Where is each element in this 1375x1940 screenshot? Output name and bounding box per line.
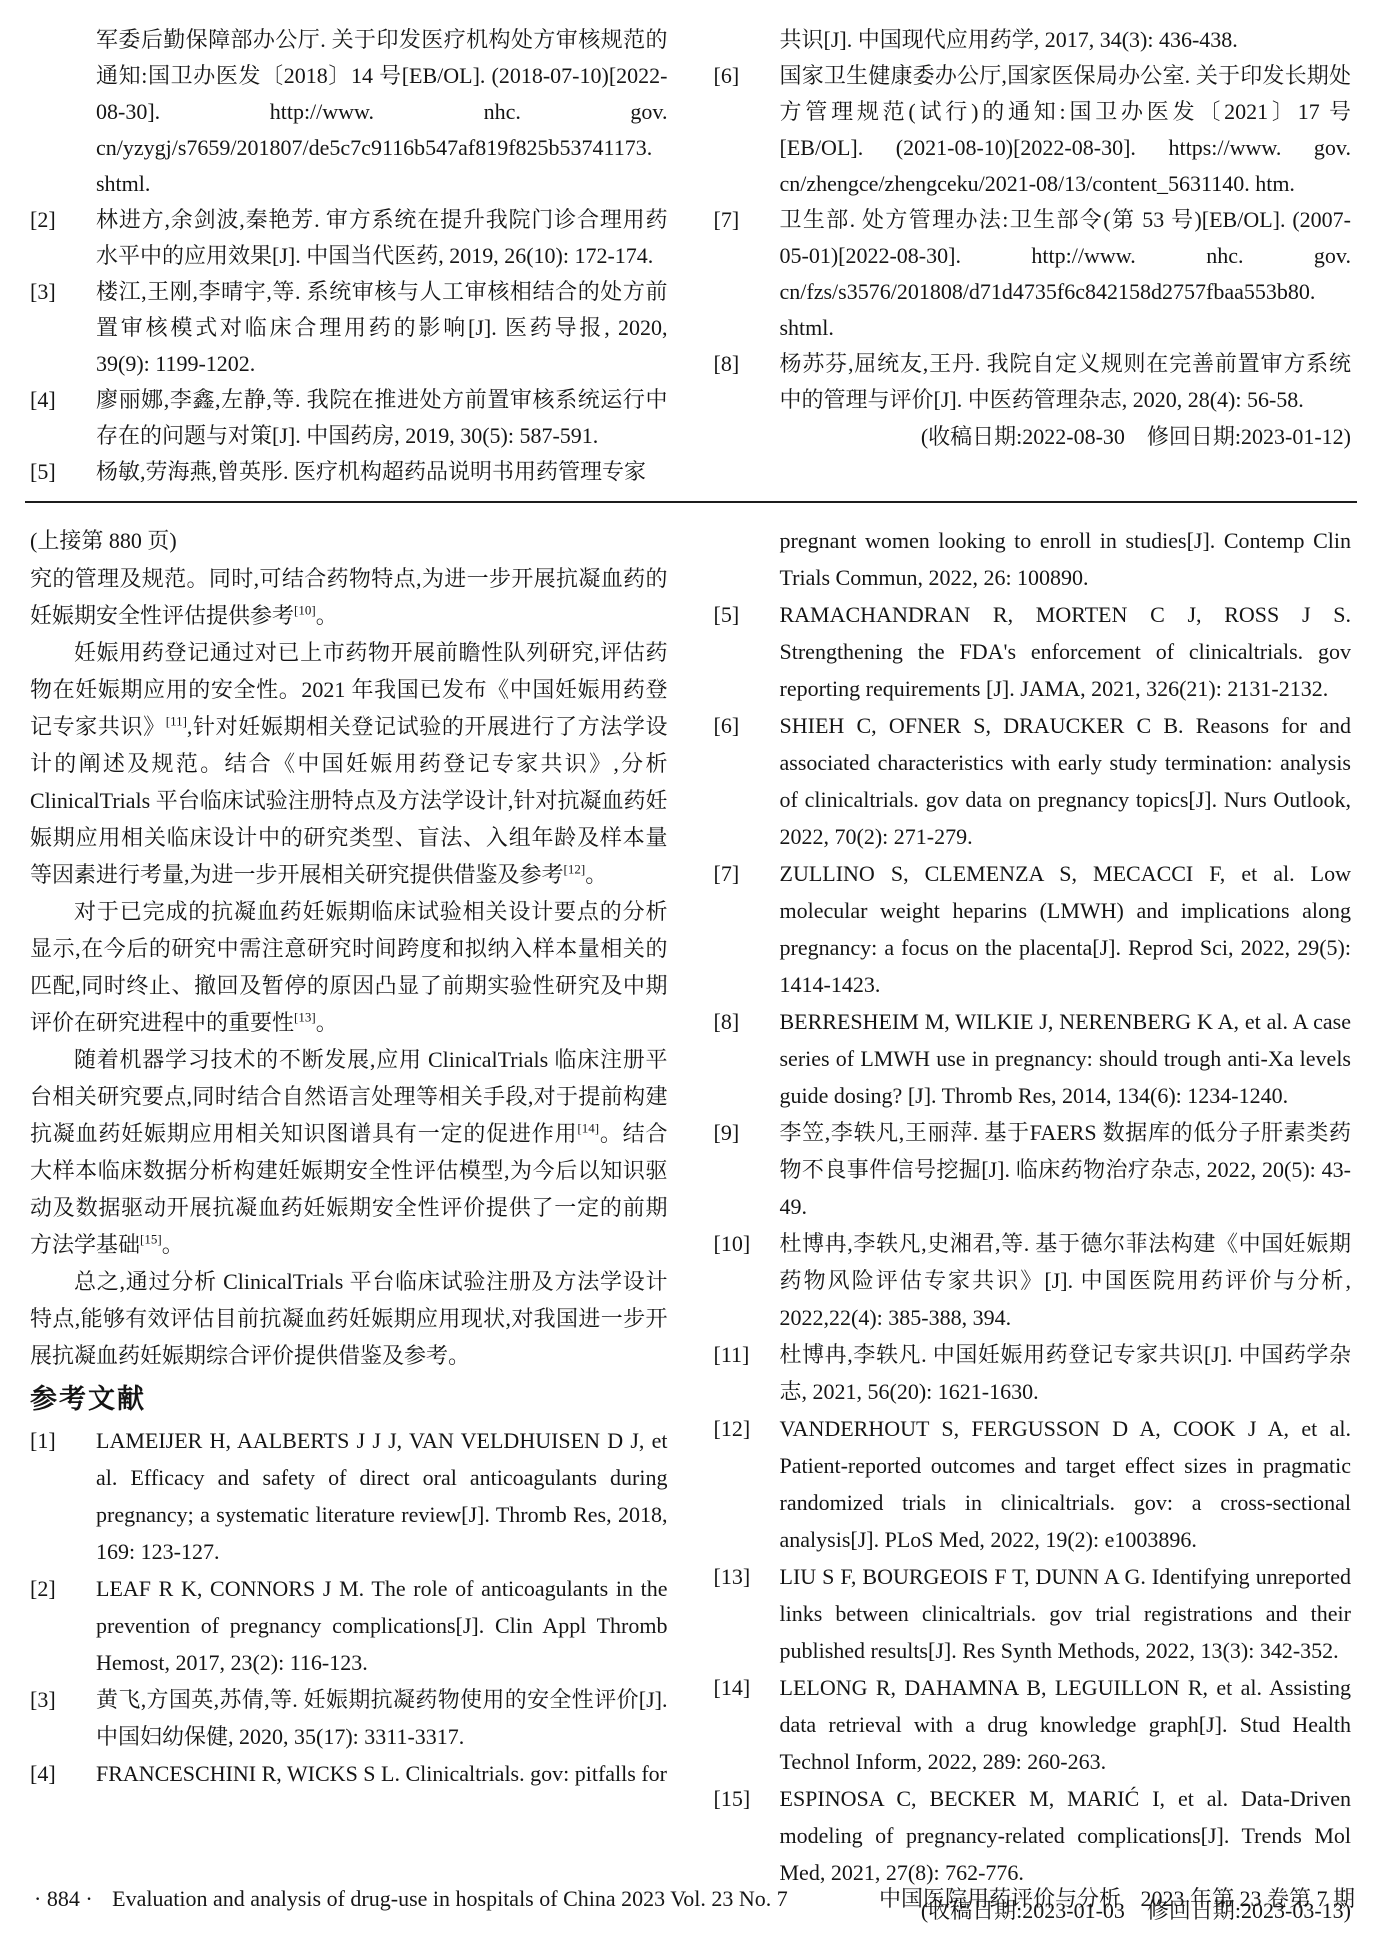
article2-left-column: (上接第 880 页) 究的管理及规范。同时,可结合药物特点,为进一步开展抗凝血… — [30, 522, 668, 1929]
reference-text: 杨敏,劳海燕,曾英彤. 医疗机构超药品说明书用药管理专家 — [96, 454, 668, 490]
reference-continuation: 军委后勤保障部办公厅. 关于印发医疗机构处方审核规范的通知:国卫办医发〔2018… — [30, 22, 668, 202]
reference-item: [2]林进方,余剑波,秦艳芳. 审方系统在提升我院门诊合理用药水平中的应用效果[… — [30, 202, 668, 274]
reference-number: [15] — [714, 1780, 780, 1817]
page-footer: · 884 · Evaluation and analysis of drug-… — [34, 1884, 1355, 1914]
reference-text: 杜博冉,李轶凡. 中国妊娠用药登记专家共识[J]. 中国药学杂志, 2021, … — [780, 1336, 1352, 1410]
reference-item: [4]廖丽娜,李鑫,左静,等. 我院在推进处方前置审核系统运行中存在的问题与对策… — [30, 382, 668, 454]
continued-from-note: (上接第 880 页) — [30, 522, 668, 559]
body-paragraph: 妊娠用药登记通过对已上市药物开展前瞻性队列研究,评估药物在妊娠期应用的安全性。2… — [30, 634, 668, 893]
footer-right: 中国医院用药评价与分析 2023 年第 23 卷第 7 期 — [879, 1884, 1355, 1914]
reference-text: LEAF R K, CONNORS J M. The role of antic… — [96, 1570, 668, 1681]
reference-text: 廖丽娜,李鑫,左静,等. 我院在推进处方前置审核系统运行中存在的问题与对策[J]… — [96, 382, 668, 454]
reference-item: [7]卫生部. 处方管理办法:卫生部令(第 53 号)[EB/OL]. (200… — [714, 202, 1352, 346]
reference-item: [10]杜博冉,李轶凡,史湘君,等. 基于德尔菲法构建《中国妊娠期药物风险评估专… — [714, 1225, 1352, 1336]
citation-superscript: [12] — [564, 862, 586, 877]
article2-body-paragraphs: 究的管理及规范。同时,可结合药物特点,为进一步开展抗凝血药的妊娠期安全性评估提供… — [30, 560, 668, 1374]
reference-text: 楼江,王刚,李晴宇,等. 系统审核与人工审核相结合的处方前置审核模式对临床合理用… — [96, 274, 668, 382]
reference-text: 国家卫生健康委办公厅,国家医保局办公室. 关于印发长期处方管理规范(试行)的通知… — [780, 58, 1352, 202]
citation-superscript: [11] — [166, 714, 187, 729]
reference-item: [4]FRANCESCHINI R, WICKS S L. Clinicaltr… — [30, 1755, 668, 1792]
reference-text: 杜博冉,李轶凡,史湘君,等. 基于德尔菲法构建《中国妊娠期药物风险评估专家共识》… — [780, 1225, 1352, 1336]
reference-text: 卫生部. 处方管理办法:卫生部令(第 53 号)[EB/OL]. (2007-0… — [780, 202, 1352, 346]
article2-section: (上接第 880 页) 究的管理及规范。同时,可结合药物特点,为进一步开展抗凝血… — [30, 522, 1351, 1929]
reference-text: 军委后勤保障部办公厅. 关于印发医疗机构处方审核规范的通知:国卫办医发〔2018… — [96, 22, 668, 202]
reference-text: pregnant women looking to enroll in stud… — [780, 522, 1352, 596]
journal-title-english: Evaluation and analysis of drug-use in h… — [112, 1886, 788, 1911]
citation-superscript: [10] — [294, 603, 316, 618]
reference-number: [12] — [714, 1410, 780, 1447]
reference-number: [8] — [714, 1003, 780, 1040]
reference-number: [4] — [30, 382, 96, 418]
footer-left: · 884 · Evaluation and analysis of drug-… — [34, 1884, 788, 1914]
reference-item: [12]VANDERHOUT S, FERGUSSON D A, COOK J … — [714, 1410, 1352, 1558]
reference-text: 共识[J]. 中国现代应用药学, 2017, 34(3): 436-438. — [780, 22, 1352, 58]
reference-text: 林进方,余剑波,秦艳芳. 审方系统在提升我院门诊合理用药水平中的应用效果[J].… — [96, 202, 668, 274]
reference-number: [4] — [30, 1755, 96, 1792]
page-number: · 884 · — [34, 1886, 93, 1911]
body-paragraph: 对于已完成的抗凝血药妊娠期临床试验相关设计要点的分析显示,在今后的研究中需注意研… — [30, 893, 668, 1041]
citation-superscript: [14] — [577, 1121, 599, 1136]
reference-number: [6] — [714, 707, 780, 744]
article1-right-ref-list: 共识[J]. 中国现代应用药学, 2017, 34(3): 436-438.[6… — [714, 22, 1352, 418]
reference-text: RAMACHANDRAN R, MORTEN C J, ROSS J S. St… — [780, 596, 1352, 707]
reference-text: LIU S F, BOURGEOIS F T, DUNN A G. Identi… — [780, 1558, 1352, 1669]
reference-item: [5]RAMACHANDRAN R, MORTEN C J, ROSS J S.… — [714, 596, 1352, 707]
article2-right-ref-list: pregnant women looking to enroll in stud… — [714, 522, 1352, 1891]
body-paragraph: 随着机器学习技术的不断发展,应用 ClinicalTrials 临床注册平台相关… — [30, 1041, 668, 1263]
article1-references-section: 军委后勤保障部办公厅. 关于印发医疗机构处方审核规范的通知:国卫办医发〔2018… — [30, 22, 1351, 490]
references-heading: 参考文献 — [30, 1382, 668, 1416]
reference-item: [7]ZULLINO S, CLEMENZA S, MECACCI F, et … — [714, 855, 1352, 1003]
reference-number: [14] — [714, 1669, 780, 1706]
reference-text: 黄飞,方国英,苏倩,等. 妊娠期抗凝药物使用的安全性评价[J]. 中国妇幼保健,… — [96, 1681, 668, 1755]
reference-text: SHIEH C, OFNER S, DRAUCKER C B. Reasons … — [780, 707, 1352, 855]
reference-text: LAMEIJER H, AALBERTS J J J, VAN VELDHUIS… — [96, 1422, 668, 1570]
reference-number: [7] — [714, 855, 780, 892]
reference-number: [11] — [714, 1336, 780, 1373]
reference-number: [6] — [714, 58, 780, 94]
reference-number: [7] — [714, 202, 780, 238]
reference-item: [8]杨苏芬,屈统友,王丹. 我院自定义规则在完善前置审方系统中的管理与评价[J… — [714, 346, 1352, 418]
reference-item: [11]杜博冉,李轶凡. 中国妊娠用药登记专家共识[J]. 中国药学杂志, 20… — [714, 1336, 1352, 1410]
reference-item: [8]BERRESHEIM M, WILKIE J, NERENBERG K A… — [714, 1003, 1352, 1114]
reference-text: VANDERHOUT S, FERGUSSON D A, COOK J A, e… — [780, 1410, 1352, 1558]
reference-item: [6]SHIEH C, OFNER S, DRAUCKER C B. Reaso… — [714, 707, 1352, 855]
article-divider-rule — [25, 501, 1357, 503]
reference-item: [5]杨敏,劳海燕,曾英彤. 医疗机构超药品说明书用药管理专家 — [30, 454, 668, 490]
journal-issue-chinese: 2023 年第 23 卷第 7 期 — [1140, 1886, 1355, 1911]
reference-text: FRANCESCHINI R, WICKS S L. Clinicaltrial… — [96, 1755, 668, 1792]
body-paragraph: 总之,通过分析 ClinicalTrials 平台临床试验注册及方法学设计特点,… — [30, 1263, 668, 1374]
reference-number: [13] — [714, 1558, 780, 1595]
reference-number: [10] — [714, 1225, 780, 1262]
body-paragraph: 究的管理及规范。同时,可结合药物特点,为进一步开展抗凝血药的妊娠期安全性评估提供… — [30, 560, 668, 634]
reference-text: ZULLINO S, CLEMENZA S, MECACCI F, et al.… — [780, 855, 1352, 1003]
reference-item: [14]LELONG R, DAHAMNA B, LEGUILLON R, et… — [714, 1669, 1352, 1780]
reference-number: [3] — [30, 274, 96, 310]
reference-text: LELONG R, DAHAMNA B, LEGUILLON R, et al.… — [780, 1669, 1352, 1780]
citation-superscript: [15] — [140, 1232, 162, 1247]
article2-right-column: pregnant women looking to enroll in stud… — [714, 522, 1352, 1929]
reference-text: ESPINOSA C, BECKER M, MARIĆ I, et al. Da… — [780, 1780, 1352, 1891]
reference-item: [13]LIU S F, BOURGEOIS F T, DUNN A G. Id… — [714, 1558, 1352, 1669]
reference-number: [3] — [30, 1681, 96, 1718]
reference-continuation: 共识[J]. 中国现代应用药学, 2017, 34(3): 436-438. — [714, 22, 1352, 58]
reference-text: 杨苏芬,屈统友,王丹. 我院自定义规则在完善前置审方系统中的管理与评价[J]. … — [780, 346, 1352, 418]
journal-page: 军委后勤保障部办公厅. 关于印发医疗机构处方审核规范的通知:国卫办医发〔2018… — [0, 0, 1375, 1940]
reference-number: [9] — [714, 1114, 780, 1151]
reference-item: [6]国家卫生健康委办公厅,国家医保局办公室. 关于印发长期处方管理规范(试行)… — [714, 58, 1352, 202]
reference-continuation: pregnant women looking to enroll in stud… — [714, 522, 1352, 596]
reference-item: [2]LEAF R K, CONNORS J M. The role of an… — [30, 1570, 668, 1681]
reference-number: [5] — [30, 454, 96, 490]
reference-item: [9]李笠,李轶凡,王丽萍. 基于FAERS 数据库的低分子肝素类药物不良事件信… — [714, 1114, 1352, 1225]
reference-item: [3]楼江,王刚,李晴宇,等. 系统审核与人工审核相结合的处方前置审核模式对临床… — [30, 274, 668, 382]
reference-text: BERRESHEIM M, WILKIE J, NERENBERG K A, e… — [780, 1003, 1352, 1114]
article1-right-column: 共识[J]. 中国现代应用药学, 2017, 34(3): 436-438.[6… — [714, 22, 1352, 490]
reference-text: 李笠,李轶凡,王丽萍. 基于FAERS 数据库的低分子肝素类药物不良事件信号挖掘… — [780, 1114, 1352, 1225]
article2-left-ref-list: [1]LAMEIJER H, AALBERTS J J J, VAN VELDH… — [30, 1422, 668, 1792]
reference-number: [2] — [30, 1570, 96, 1607]
article1-left-ref-list: 军委后勤保障部办公厅. 关于印发医疗机构处方审核规范的通知:国卫办医发〔2018… — [30, 22, 668, 490]
article1-left-column: 军委后勤保障部办公厅. 关于印发医疗机构处方审核规范的通知:国卫办医发〔2018… — [30, 22, 668, 490]
reference-item: [1]LAMEIJER H, AALBERTS J J J, VAN VELDH… — [30, 1422, 668, 1570]
reference-number: [1] — [30, 1422, 96, 1459]
article1-received-revised-dates: (收稿日期:2022-08-30 修回日期:2023-01-12) — [714, 419, 1352, 455]
reference-number: [2] — [30, 202, 96, 238]
reference-item: [15]ESPINOSA C, BECKER M, MARIĆ I, et al… — [714, 1780, 1352, 1891]
journal-title-chinese: 中国医院用药评价与分析 — [879, 1886, 1121, 1911]
reference-number: [8] — [714, 346, 780, 382]
reference-number: [5] — [714, 596, 780, 633]
citation-superscript: [13] — [294, 1010, 316, 1025]
reference-item: [3]黄飞,方国英,苏倩,等. 妊娠期抗凝药物使用的安全性评价[J]. 中国妇幼… — [30, 1681, 668, 1755]
